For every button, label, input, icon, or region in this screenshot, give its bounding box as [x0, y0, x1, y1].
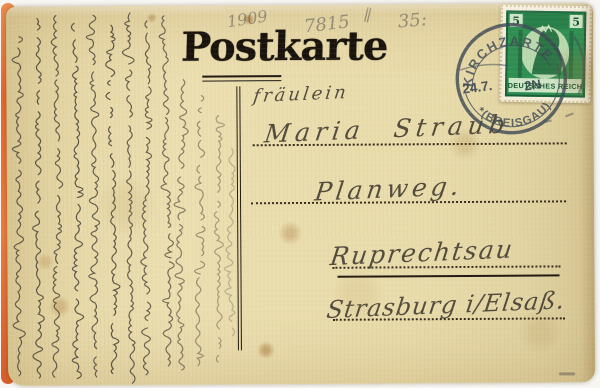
stamp-artwork: 5 5 DEUTSCHES REICH [504, 10, 586, 98]
stamp-value-right: 5 [572, 15, 580, 28]
address-salutation: fräulein [252, 82, 350, 107]
postcard-title: Postkarte [180, 22, 388, 70]
postage-stamp: 5 5 DEUTSCHES REICH [499, 5, 592, 103]
postcard-scan: Postkarte 1909 7815 ∥ 35: fräulein Maria… [0, 0, 600, 388]
pencil-price: 35: [397, 9, 428, 33]
printer-mark [559, 372, 575, 375]
postcard: Postkarte 1909 7815 ∥ 35: fräulein Maria… [6, 3, 595, 386]
stamp-value-left: 5 [512, 14, 520, 27]
stamp-country-label: DEUTSCHES REICH [508, 81, 583, 91]
